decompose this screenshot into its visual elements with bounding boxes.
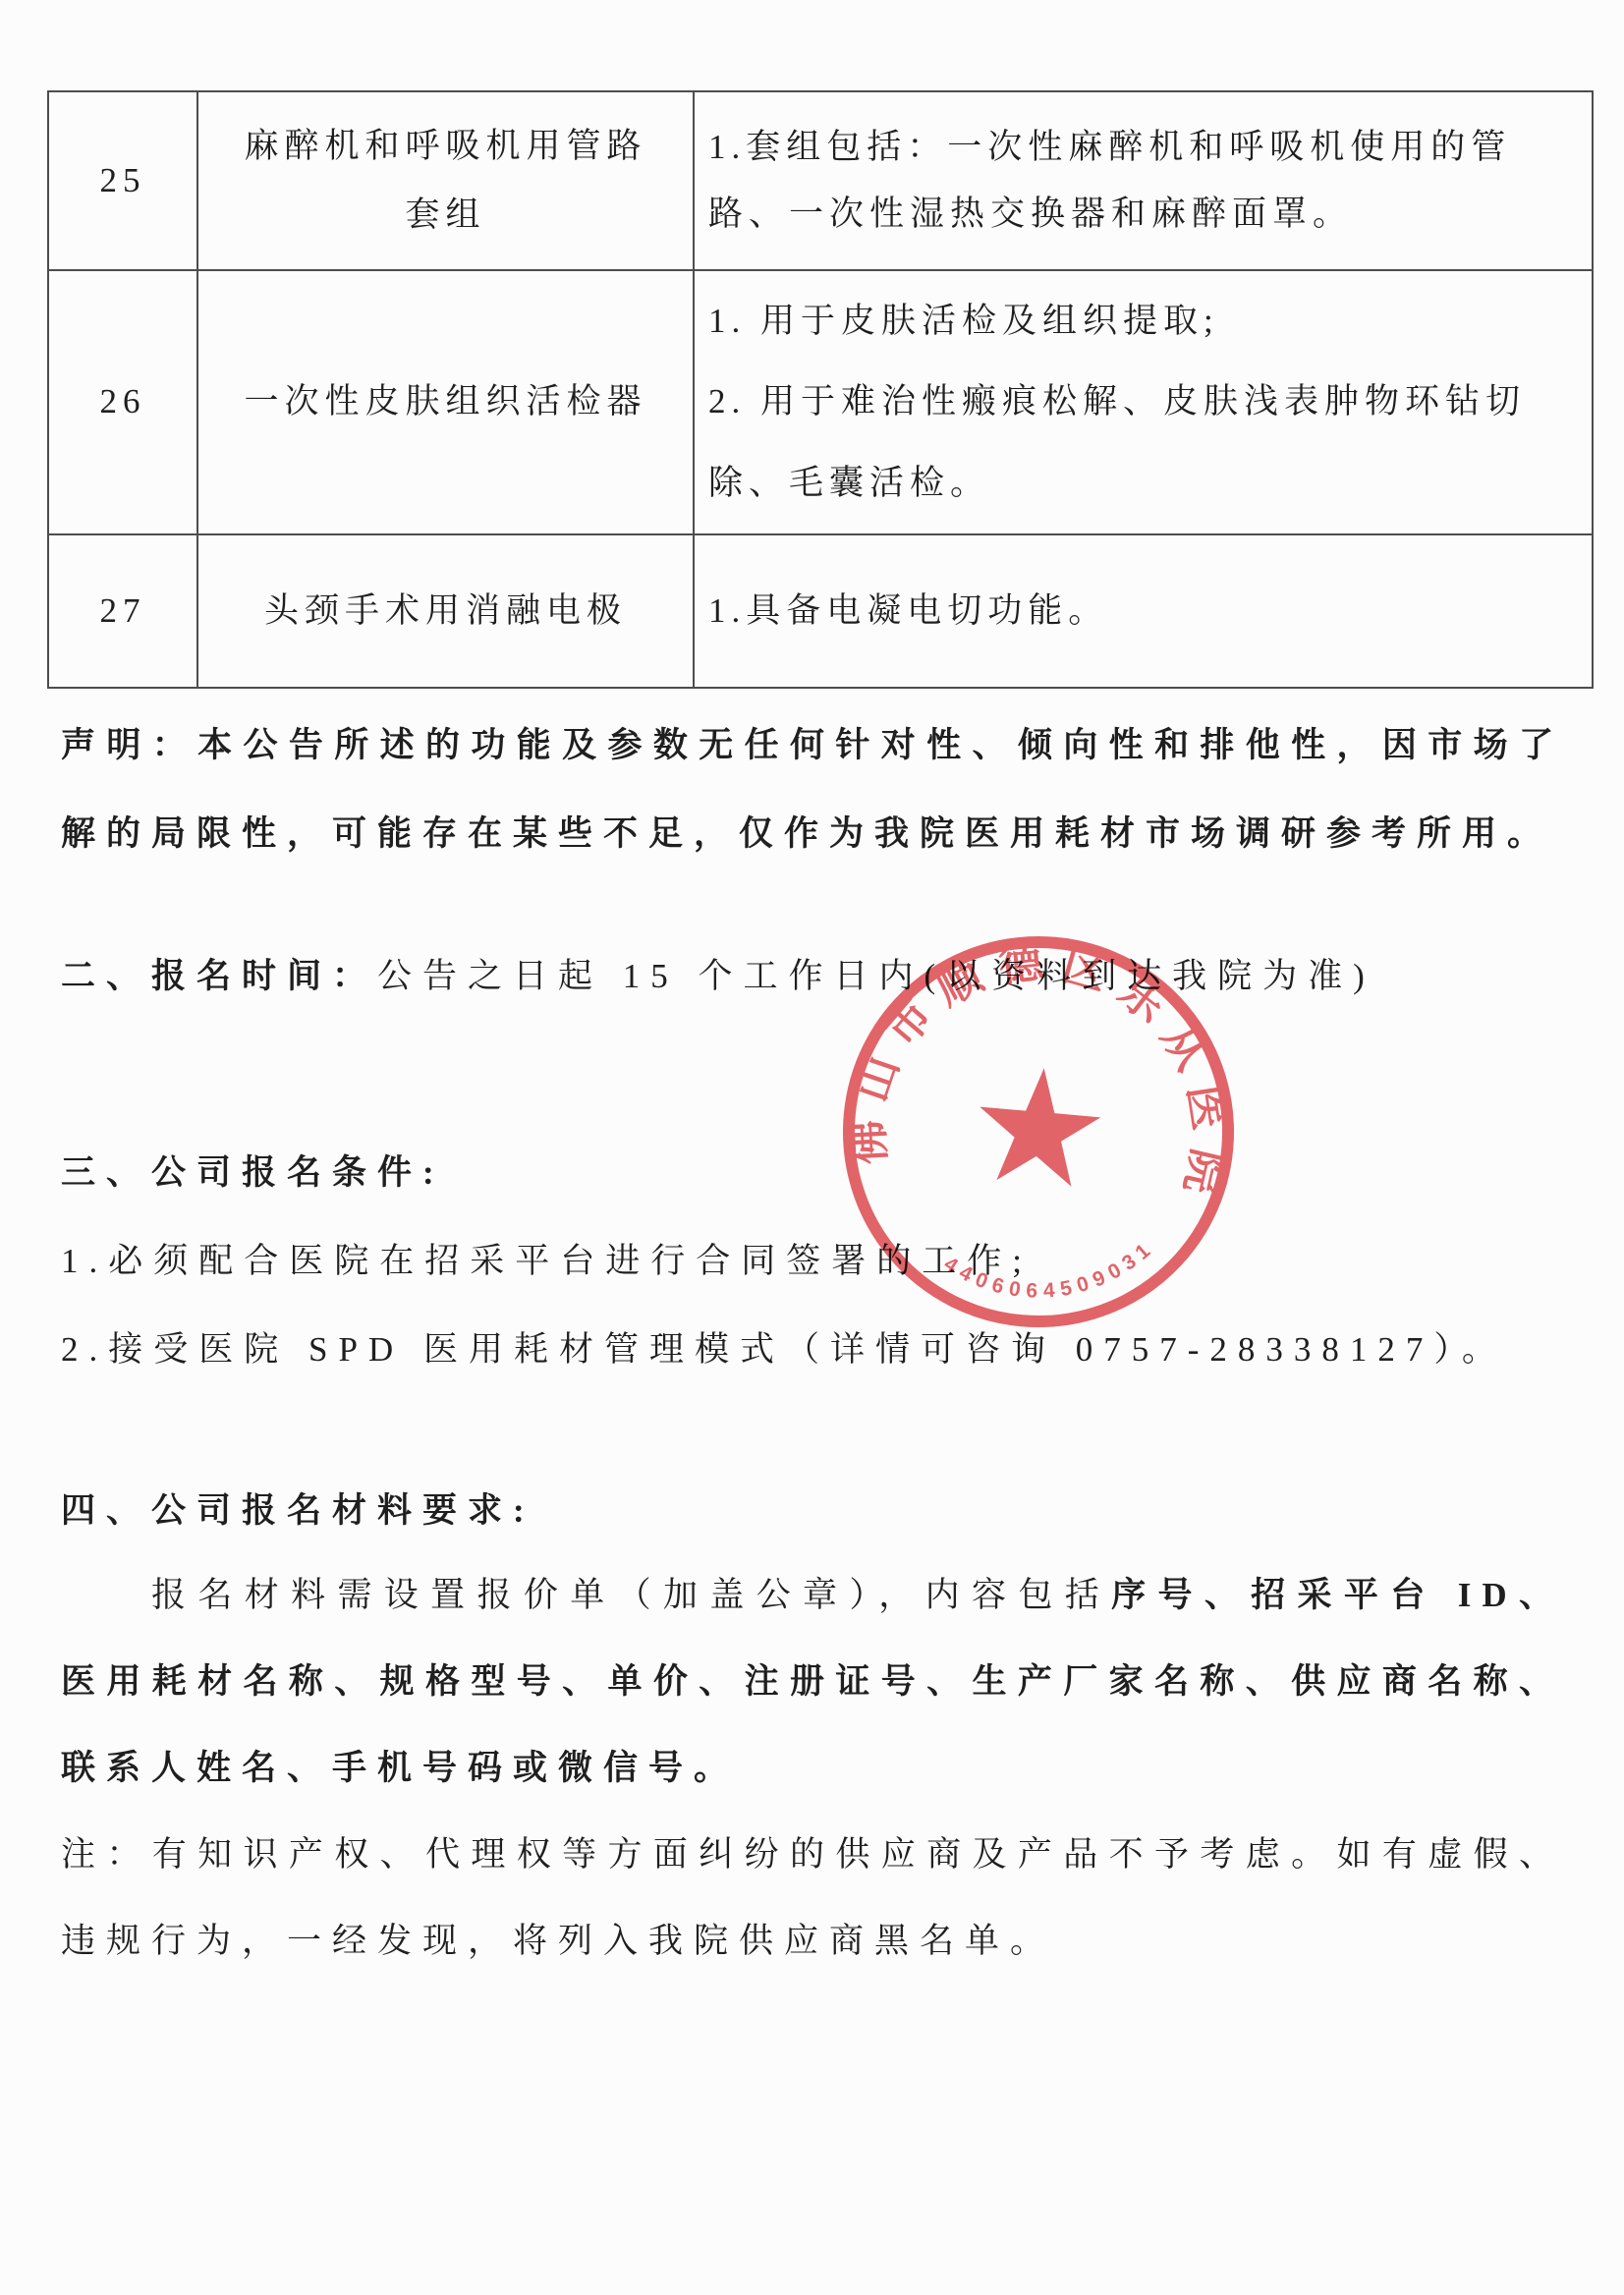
materials-requirements-paragraph: 报名材料需设置报价单（加盖公章），内容包括序号、招采平台 ID、医用耗材名称、规…	[61, 1552, 1564, 1812]
disclaimer-paragraph: 声明：本公告所述的功能及参数无任何针对性、倾向性和排他性，因市场了解的局限性，可…	[61, 701, 1564, 878]
official-seal: 佛山市顺德区乐从医院 4406064509031	[814, 908, 1261, 1355]
disclaimer-label: 声明：	[61, 726, 197, 764]
disclaimer-text: 本公告所述的功能及参数无任何针对性、倾向性和排他性，因市场了解的局限性，可能存在…	[61, 726, 1564, 853]
section-materials-heading: 四、公司报名材料要求:	[61, 1468, 535, 1554]
item-desc-cell: 1. 用于皮肤活检及组织提取; 2. 用于难治性瘢痕松解、皮肤浅表肿物环钻切除、…	[694, 270, 1593, 534]
item-name: 一次性皮肤组织活检器	[230, 367, 662, 436]
section2-heading: 二、报名时间：	[61, 957, 377, 995]
note-text: 有知识产权、代理权等方面纠纷的供应商及产品不予考虑。如有虚假、违规行为，一经发现…	[61, 1835, 1564, 1960]
item-desc-cell: 1.套组包括：一次性麻醉机和呼吸机使用的管路、一次性湿热交换器和麻醉面罩。	[694, 91, 1593, 270]
item-desc: 1.套组包括：一次性麻醉机和呼吸机使用的管路、一次性湿热交换器和麻醉面罩。	[708, 114, 1584, 249]
item-name-cell: 麻醉机和呼吸机用管路套组	[197, 91, 694, 270]
table-row: 26 一次性皮肤组织活检器 1. 用于皮肤活检及组织提取; 2. 用于难治性瘢痕…	[48, 270, 1593, 534]
seal-star-icon	[974, 1063, 1104, 1189]
materials-intro: 报名材料需设置报价单（加盖公章），内容包括	[151, 1576, 1111, 1614]
consumables-table: 25 麻醉机和呼吸机用管路套组 1.套组包括：一次性麻醉机和呼吸机使用的管路、一…	[47, 90, 1594, 689]
row-number: 27	[48, 534, 197, 688]
item-desc: 2. 用于难治性瘢痕松解、皮肤浅表肿物环钻切除、毛囊活检。	[708, 362, 1584, 524]
item-desc-cell: 1.具备电凝电切功能。	[694, 534, 1593, 688]
section-conditions-heading: 三、公司报名条件:	[61, 1130, 445, 1216]
row-number: 25	[48, 91, 197, 270]
item-desc: 1.具备电凝电切功能。	[708, 578, 1584, 644]
item-name: 麻醉机和呼吸机用管路套组	[230, 112, 662, 250]
note-paragraph: 注：有知识产权、代理权等方面纠纷的供应商及产品不予考虑。如有虚假、违规行为，一经…	[61, 1812, 1564, 1985]
item-desc: 1. 用于皮肤活检及组织提取;	[708, 281, 1584, 362]
condition-item-2: 2.接受医院 SPD 医用耗材管理模式（详情可咨询 0757-28338127）…	[61, 1307, 1507, 1393]
item-name-cell: 一次性皮肤组织活检器	[197, 270, 694, 534]
item-name: 头颈手术用消融电极	[230, 577, 662, 645]
table-row: 25 麻醉机和呼吸机用管路套组 1.套组包括：一次性麻醉机和呼吸机使用的管路、一…	[48, 91, 1593, 270]
table-row: 27 头颈手术用消融电极 1.具备电凝电切功能。	[48, 534, 1593, 688]
item-name-cell: 头颈手术用消融电极	[197, 534, 694, 688]
row-number: 26	[48, 270, 197, 534]
scanned-document-page: 25 麻醉机和呼吸机用管路套组 1.套组包括：一次性麻醉机和呼吸机使用的管路、一…	[0, 0, 1624, 2295]
note-label: 注：	[61, 1835, 152, 1874]
